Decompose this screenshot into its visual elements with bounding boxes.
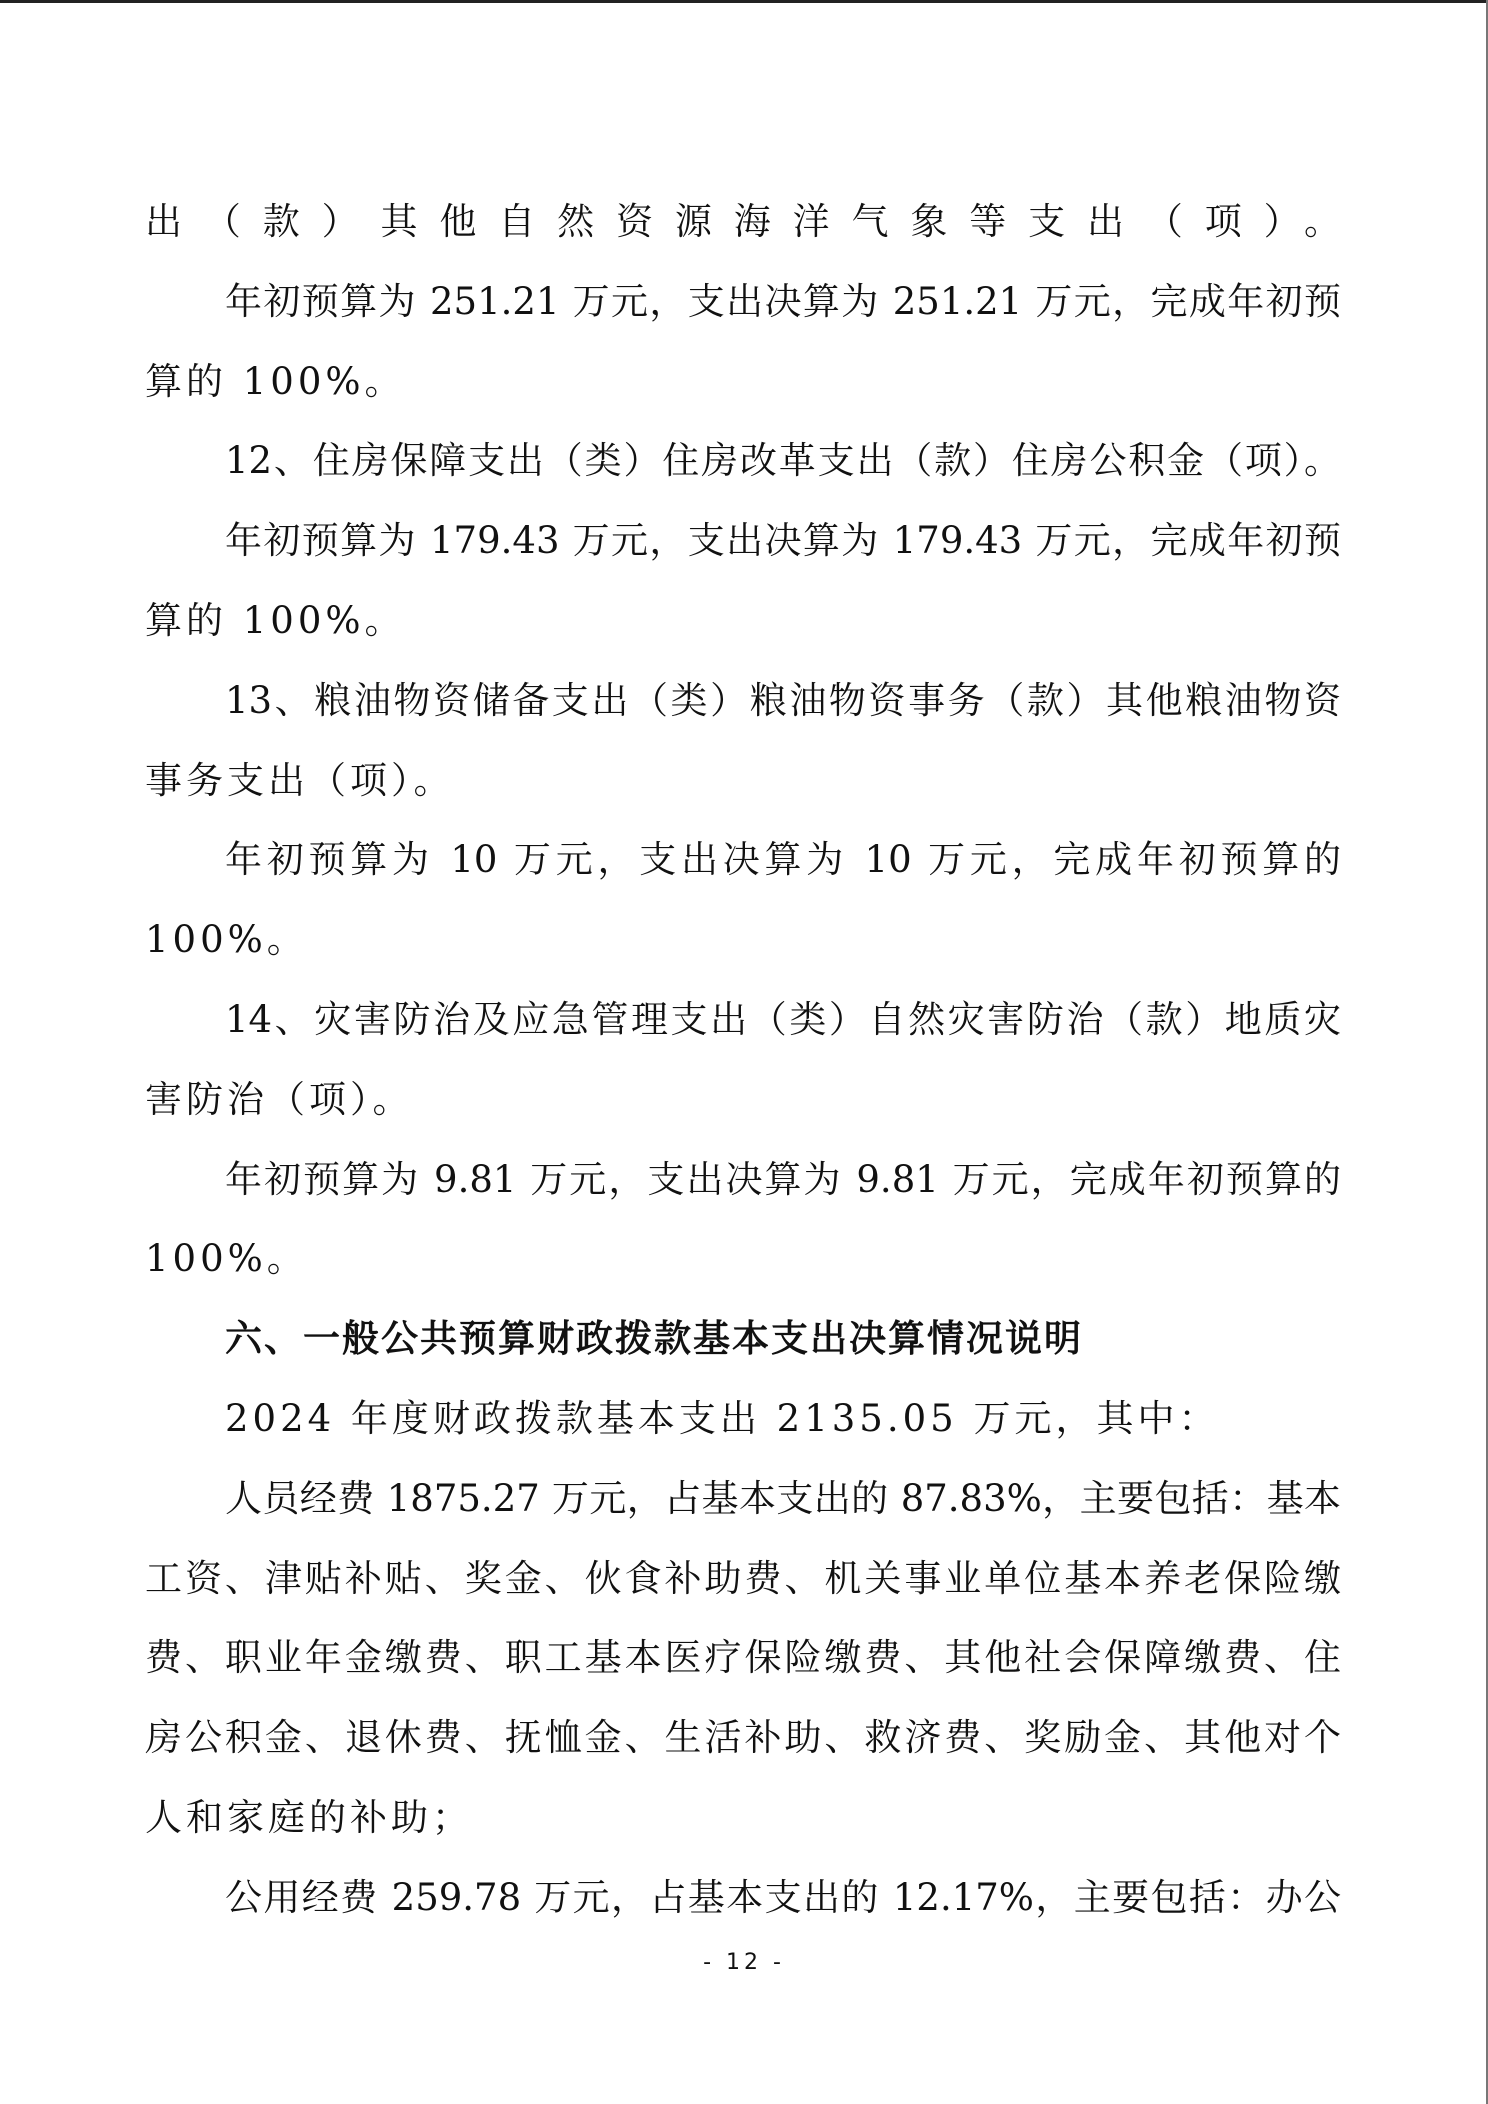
paragraph-line: 出（款）其他自然资源海洋气象等支出（项）。: [145, 182, 1341, 262]
paragraph-line: 公用经费 259.78 万元，占基本支出的 12.17%，主要包括：办公: [145, 1858, 1341, 1938]
document-page: 出（款）其他自然资源海洋气象等支出（项）。 年初预算为 251.21 万元，支出…: [145, 182, 1341, 1938]
paragraph-line: 100%。: [145, 900, 1341, 980]
paragraph-line: 年初预算为 10 万元，支出决算为 10 万元，完成年初预算的: [145, 820, 1341, 900]
paragraph-line: 房公积金、退休费、抚恤金、生活补助、救济费、奖励金、其他对个: [145, 1698, 1341, 1778]
section-heading: 六、一般公共预算财政拨款基本支出决算情况说明: [145, 1299, 1341, 1379]
page-top-border: [0, 0, 1488, 3]
paragraph-line: 事务支出（项）。: [145, 741, 1341, 821]
paragraph-line: 100%。: [145, 1219, 1341, 1299]
paragraph-line: 费、职业年金缴费、职工基本医疗保险缴费、其他社会保障缴费、住: [145, 1618, 1341, 1698]
paragraph-line: 算的 100%。: [145, 342, 1341, 422]
item-13-title: 13、粮油物资储备支出（类）粮油物资事务（款）其他粮油物资: [145, 661, 1341, 741]
paragraph-line: 工资、津贴补贴、奖金、伙食补助费、机关事业单位基本养老保险缴: [145, 1539, 1341, 1619]
paragraph-line: 年初预算为 9.81 万元，支出决算为 9.81 万元，完成年初预算的: [145, 1140, 1341, 1220]
paragraph-line: 算的 100%。: [145, 581, 1341, 661]
paragraph-line: 年初预算为 251.21 万元，支出决算为 251.21 万元，完成年初预: [145, 262, 1341, 342]
item-14-title: 14、灾害防治及应急管理支出（类）自然灾害防治（款）地质灾: [145, 980, 1341, 1060]
paragraph-line: 2024 年度财政拨款基本支出 2135.05 万元，其中：: [145, 1379, 1341, 1459]
paragraph-line: 害防治（项）。: [145, 1060, 1341, 1140]
page-number: - 12 -: [0, 1950, 1488, 1975]
item-12-title: 12、住房保障支出（类）住房改革支出（款）住房公积金（项）。: [145, 421, 1341, 501]
paragraph-line: 人和家庭的补助；: [145, 1778, 1341, 1858]
paragraph-line: 人员经费 1875.27 万元，占基本支出的 87.83%，主要包括：基本: [145, 1459, 1341, 1539]
paragraph-line: 年初预算为 179.43 万元，支出决算为 179.43 万元，完成年初预: [145, 501, 1341, 581]
